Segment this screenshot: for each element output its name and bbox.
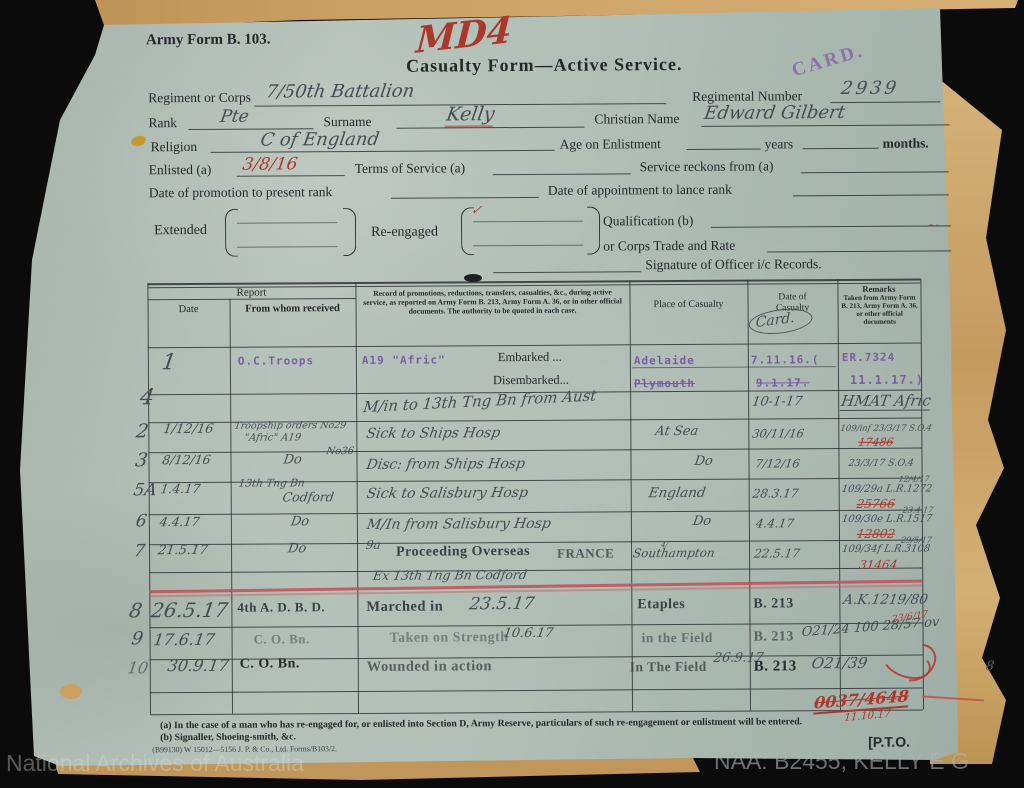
- col-header-report: Report: [147, 286, 355, 299]
- cell-date: 1.4.17: [160, 481, 202, 496]
- cell-from2: Codford: [282, 489, 336, 504]
- row-num: 10: [126, 658, 149, 677]
- cell-casualty-date2: 9.1.17.: [756, 376, 809, 389]
- row-num: 3: [134, 449, 149, 471]
- form-content: Army Form B. 103. MD4 Casualty Form—Acti…: [0, 0, 1024, 788]
- terms-of-service-label: Terms of Service (a): [355, 160, 465, 177]
- religion-value: C of England: [259, 129, 381, 151]
- cell-casualty-date: 22.5.17: [753, 546, 801, 560]
- extended-label: Extended: [154, 223, 207, 239]
- form-title: Casualty Form—Active Service.: [406, 54, 683, 77]
- row-num: 1: [160, 350, 178, 375]
- cell-place: England: [647, 485, 706, 501]
- service-reckons-label: Service reckons from (a): [640, 158, 774, 175]
- cell-from: Do: [290, 514, 311, 529]
- cell-place: in the Field: [642, 630, 713, 646]
- cell-place: Do: [692, 514, 713, 529]
- cell-place: At Sea: [654, 424, 699, 439]
- edge-pencil-mark: 8: [985, 659, 996, 674]
- cell-record: Sick to Ships Hosp: [365, 425, 501, 442]
- christian-name-value: Edward Gilbert: [703, 102, 847, 124]
- cell-remarks: 23/3/17 S.O.4: [848, 458, 915, 469]
- rank-value: Pte: [219, 107, 250, 127]
- brace-right: [343, 208, 356, 256]
- cell-remarks: ER.7324: [842, 351, 895, 364]
- christian-name-label: Christian Name: [594, 111, 679, 128]
- qualification-label: Qualification (b): [603, 213, 693, 230]
- cell-casualty-date: B. 213: [754, 658, 797, 675]
- cell-from: O.C.Troops: [238, 354, 314, 367]
- cell-remarks-date: 29/5/17: [900, 535, 932, 544]
- watermark-left: National Archives of Australia: [6, 750, 304, 777]
- enlisted-value: 3/8/16: [241, 154, 299, 174]
- cell-record-ship: A19 "Afric": [362, 353, 446, 367]
- red-scribble: [888, 636, 944, 689]
- cell-record-hw: 23.5.17: [468, 594, 536, 614]
- cell-record-stamp: Wounded in action: [367, 658, 492, 676]
- row-num: 5A: [132, 480, 158, 500]
- row-num: 9: [130, 628, 145, 649]
- cell-record-hw: 9a: [365, 538, 382, 552]
- red-scrawl-annotation: MD4: [415, 9, 513, 62]
- reengaged-label: Re-engaged: [371, 224, 438, 240]
- regimental-number-value: 2939: [840, 78, 901, 99]
- cell-remarks: 109/34f L.R.3108: [841, 543, 931, 555]
- cell-from: Do: [287, 541, 308, 556]
- cell-place: In The Field: [630, 659, 707, 675]
- cell-remarks-date: 23.4.17: [902, 505, 934, 514]
- cell-record: M/In from Salisbury Hosp: [366, 516, 552, 533]
- cell-record: Sick to Salisbury Hosp: [365, 485, 529, 502]
- cell-remarks: 109/inf 23/3/17 S.O.4: [840, 423, 933, 434]
- col-header-date-of-casualty: Date of: [747, 292, 837, 303]
- cell-disembarked: Disembarked...: [493, 373, 569, 388]
- religion-label: Religion: [151, 139, 198, 155]
- cell-from: Do: [282, 452, 303, 467]
- promotion-label: Date of promotion to present rank: [149, 184, 332, 201]
- regiment-value: 7/50th Battalion: [265, 81, 416, 103]
- col-header-record: Record of promotions, reductions, transf…: [361, 287, 623, 316]
- surname-label: Surname: [323, 114, 371, 130]
- corps-trade-label: or Corps Trade and Rate: [603, 238, 735, 255]
- cell-from2: No36: [326, 446, 355, 457]
- cell-embarked: Embarked ...: [498, 350, 562, 365]
- cell-date: 26.5.17: [150, 598, 230, 622]
- cell-remarks-red: 12802: [856, 527, 896, 541]
- cell-remarks: HMAT Afric: [840, 391, 933, 411]
- cell-remarks: O21/39: [810, 654, 868, 672]
- cell-place: Do: [693, 454, 714, 469]
- brace-left: [225, 209, 238, 257]
- cell-date: 8/12/16: [161, 452, 211, 467]
- lance-rank-label: Date of appointment to lance rank: [548, 182, 732, 199]
- age-on-enlistment-label: Age on Enlistment: [560, 136, 661, 153]
- cell-remarks: A.K.1219/80: [842, 592, 929, 609]
- cell-record-stamp2: FRANCE: [557, 545, 614, 561]
- cell-casualty-date: 10-1-17: [751, 394, 803, 409]
- row-num: 4: [138, 385, 156, 410]
- cell-record-stamp: Marched in: [366, 598, 443, 615]
- cell-record: M/in to 13th Tng Bn from Aust: [362, 386, 597, 416]
- cell-record-stamp: Proceeding Overseas: [396, 544, 530, 561]
- form-number: Army Form B. 103.: [146, 32, 271, 50]
- cell-date: 30.9.17: [166, 656, 230, 675]
- cell-remarks-date: 12/4/17: [898, 474, 930, 483]
- cell-record-subline: Ex 13th Tng Bn Codford: [372, 567, 528, 583]
- cell-from2: "Afric" A19: [244, 432, 302, 443]
- card-stamp: CARD.: [789, 40, 867, 82]
- row-num: 8: [128, 598, 144, 622]
- enlisted-label: Enlisted (a): [149, 162, 212, 178]
- cell-record-hw: 10.6.17: [502, 626, 554, 641]
- document-page: Army Form B. 103. MD4 Casualty Form—Acti…: [0, 0, 1024, 788]
- cell-from: 13th Tng Bn: [238, 477, 306, 489]
- col-header-remarks-sub: Taken from Army Form B. 213, Army Form A…: [839, 294, 919, 326]
- cell-casualty-date: 30/11/16: [751, 426, 805, 440]
- cell-casualty-date: 7.11.16.(: [751, 353, 820, 366]
- cell-record: Disc: from Ships Hosp: [365, 456, 526, 473]
- cell-from: Troopship orders No29: [233, 420, 347, 432]
- red-tick: ✓: [470, 203, 483, 218]
- watermark-right: NAA: B2455, KELLY E G: [714, 748, 969, 775]
- cell-place: Southampton: [632, 546, 716, 561]
- cell-casualty-date: 7/12/16: [754, 456, 800, 470]
- row-num: 7: [133, 541, 147, 561]
- cell-remarks: 109/30e L.R.1517: [841, 513, 933, 525]
- cell-from: C. O. Bn.: [254, 631, 310, 647]
- red-tick: 〜: [923, 214, 939, 235]
- cell-place2: Plymouth: [634, 377, 695, 390]
- col-header-remarks: Remarks: [837, 284, 920, 295]
- col-header-date: Date: [148, 304, 230, 316]
- cell-date: 1/12/16: [162, 422, 214, 437]
- cell-date: 21.5.17: [157, 543, 209, 558]
- years-label: years: [765, 136, 794, 152]
- cell-date: 17.6.17: [152, 630, 216, 649]
- cell-date: 4.4.17: [159, 514, 201, 529]
- row-num: 6: [134, 511, 148, 531]
- cell-place: Adelaide: [634, 354, 695, 367]
- cell-casualty-date: B. 213: [753, 596, 793, 612]
- cell-remarks-red: 25766: [856, 497, 896, 511]
- footnote-a: (a) In the case of a man who has re-enga…: [160, 716, 802, 731]
- cell-remarks-red: 17486: [857, 436, 894, 449]
- rank-label: Rank: [148, 115, 177, 131]
- cell-casualty-date: B. 213: [754, 629, 794, 645]
- regiment-label: Regiment or Corps: [148, 90, 251, 107]
- col-header-place: Place of Casualty: [630, 299, 748, 311]
- cell-from: 4th A. D. B. D.: [237, 599, 325, 616]
- cell-remarks2: 11.1.17.): [850, 373, 924, 387]
- cell-casualty-date: 4.4.17: [755, 516, 795, 530]
- surname-value: Kelly: [445, 103, 496, 127]
- cell-remarks: 109/29a L.R.1272: [841, 483, 933, 495]
- col-header-from: From whom received: [230, 303, 356, 315]
- red-arrow-line: [922, 695, 984, 701]
- cell-remarks-red: 31464: [858, 558, 898, 572]
- cell-place: Etaples: [637, 597, 685, 613]
- cell-record-stamp: Taken on Strength: [390, 630, 509, 647]
- cell-from: C. O. Bn.: [240, 656, 300, 672]
- signature-label: Signature of Officer i/c Records.: [645, 256, 821, 273]
- brace-right: [587, 207, 600, 255]
- footnote-b: (b) Signaller, Shoeing-smith, &c.: [160, 731, 296, 743]
- cell-casualty-date: 28.3.17: [752, 486, 800, 500]
- months-label: months.: [883, 135, 929, 151]
